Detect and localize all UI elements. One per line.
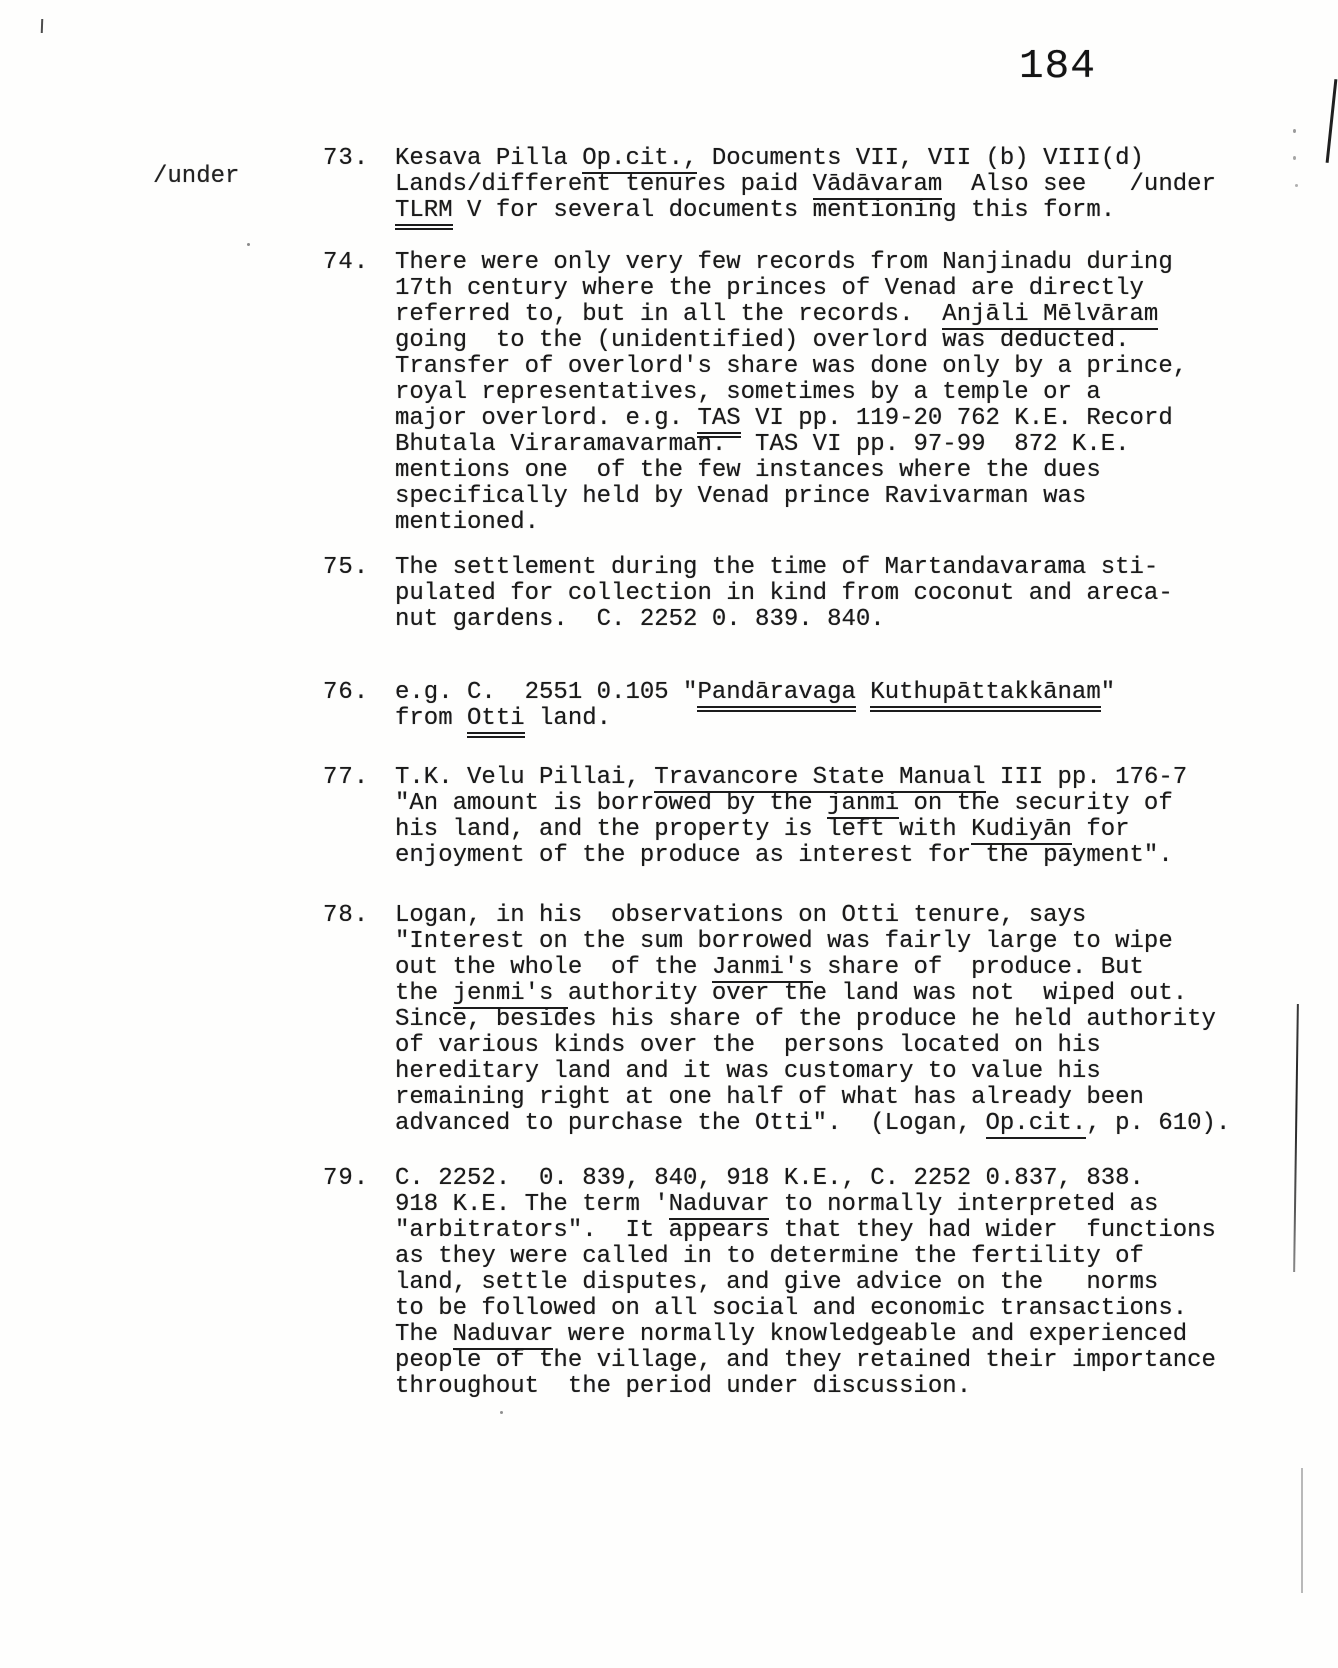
footnote-line: e.g. C. 2551 0.105 "Pandāravaga Kuthupāt… bbox=[395, 680, 1283, 706]
underlined-term: Kudiyān bbox=[971, 816, 1072, 845]
footnote-line: "An amount is borrowed by the janmi on t… bbox=[395, 791, 1283, 817]
underlined-term: TLRM bbox=[395, 197, 453, 230]
underlined-term: janmi bbox=[827, 790, 899, 819]
scan-artifact-line-bottom-right bbox=[1301, 1468, 1303, 1593]
footnote-line: C. 2252. 0. 839, 840, 918 K.E., C. 2252 … bbox=[395, 1166, 1283, 1192]
underlined-term: Op.cit., bbox=[582, 145, 697, 174]
scan-artifact-dot bbox=[500, 1411, 503, 1414]
footnotes: 73.Kesava Pilla Op.cit., Documents VII, … bbox=[323, 146, 1283, 1400]
footnote-line: Bhutala Viraramavarman. TAS VI pp. 97-99… bbox=[395, 432, 1283, 458]
footnote-line: as they were called in to determine the … bbox=[395, 1244, 1283, 1270]
underlined-term: Naduvar bbox=[669, 1191, 770, 1220]
underlined-term: jenmi's bbox=[453, 980, 568, 1009]
footnote-number: 77. bbox=[323, 765, 395, 791]
footnote-73: 73.Kesava Pilla Op.cit., Documents VII, … bbox=[323, 146, 1283, 224]
footnote-line: out the whole of the Janmi's share of pr… bbox=[395, 955, 1283, 981]
footnote-line: the jenmi's authority over the land was … bbox=[395, 981, 1283, 1007]
footnote-line: TLRM V for several documents mentioning … bbox=[395, 198, 1283, 224]
footnote-line: enjoyment of the produce as interest for… bbox=[395, 843, 1283, 869]
footnote-line: 918 K.E. The term 'Naduvar to normally i… bbox=[395, 1192, 1283, 1218]
footnote-number: 79. bbox=[323, 1166, 395, 1192]
footnote-line: T.K. Velu Pillai, Travancore State Manua… bbox=[395, 765, 1283, 791]
footnote-line: his land, and the property is left with … bbox=[395, 817, 1283, 843]
footnote-body: Logan, in his observations on Otti tenur… bbox=[395, 903, 1283, 1137]
footnote-line: throughout the period under discussion. bbox=[395, 1374, 1283, 1400]
footnote-line: specifically held by Venad prince Raviva… bbox=[395, 484, 1283, 510]
footnote-line: hereditary land and it was customary to … bbox=[395, 1059, 1283, 1085]
footnote-line: mentioned. bbox=[395, 510, 1283, 536]
underlined-term: Otti bbox=[467, 705, 525, 738]
footnote-number: 73. bbox=[323, 146, 395, 172]
footnote-number: 76. bbox=[323, 680, 395, 706]
scan-artifact-line-mid-right bbox=[1293, 1004, 1299, 1272]
scan-artifact-dot bbox=[247, 243, 250, 246]
footnote-line: mentions one of the few instances where … bbox=[395, 458, 1283, 484]
footnote-body: The settlement during the time of Martan… bbox=[395, 555, 1283, 633]
underlined-term: Vādāvaram bbox=[813, 171, 943, 200]
footnote-line: to be followed on all social and economi… bbox=[395, 1296, 1283, 1322]
footnote-line: Transfer of overlord's share was done on… bbox=[395, 354, 1283, 380]
footnote-75: 75.The settlement during the time of Mar… bbox=[323, 555, 1283, 633]
page-number: 184 bbox=[1019, 47, 1096, 88]
footnote-body: C. 2252. 0. 839, 840, 918 K.E., C. 2252 … bbox=[395, 1166, 1283, 1400]
footnote-line: pulated for collection in kind from coco… bbox=[395, 581, 1283, 607]
footnote-77: 77.T.K. Velu Pillai, Travancore State Ma… bbox=[323, 765, 1283, 869]
margin-annotation-left: /under bbox=[153, 164, 239, 190]
scanned-document-page: 184 /under 73.Kesava Pilla Op.cit., Docu… bbox=[0, 0, 1338, 1668]
footnote-line: remaining right at one half of what has … bbox=[395, 1085, 1283, 1111]
footnote-line: advanced to purchase the Otti". (Logan, … bbox=[395, 1111, 1283, 1137]
scan-artifact-dot bbox=[1293, 156, 1296, 160]
footnote-line: "arbitrators". It appears that they had … bbox=[395, 1218, 1283, 1244]
underlined-term: Pandāravaga bbox=[697, 679, 855, 712]
footnote-number: 75. bbox=[323, 555, 395, 581]
scan-artifact-dot bbox=[1295, 184, 1298, 187]
footnote-line: 17th century where the princes of Venad … bbox=[395, 276, 1283, 302]
footnote-line: land, settle disputes, and give advice o… bbox=[395, 1270, 1283, 1296]
footnote-line: Lands/different tenures paid Vādāvaram A… bbox=[395, 172, 1283, 198]
footnote-line: The settlement during the time of Martan… bbox=[395, 555, 1283, 581]
footnote-line: nut gardens. C. 2252 0. 839. 840. bbox=[395, 607, 1283, 633]
footnote-line: There were only very few records from Na… bbox=[395, 250, 1283, 276]
footnote-line: referred to, but in all the records. Anj… bbox=[395, 302, 1283, 328]
footnote-line: royal representatives, sometimes by a te… bbox=[395, 380, 1283, 406]
footnote-line: Kesava Pilla Op.cit., Documents VII, VII… bbox=[395, 146, 1283, 172]
footnote-line: "Interest on the sum borrowed was fairly… bbox=[395, 929, 1283, 955]
footnote-line: Logan, in his observations on Otti tenur… bbox=[395, 903, 1283, 929]
footnote-line: major overlord. e.g. TAS VI pp. 119-20 7… bbox=[395, 406, 1283, 432]
underlined-term: Travancore State Manual bbox=[654, 764, 985, 793]
footnote-line: The Naduvar were normally knowledgeable … bbox=[395, 1322, 1283, 1348]
footnote-line: of various kinds over the persons locate… bbox=[395, 1033, 1283, 1059]
scan-artifact-tick bbox=[41, 19, 43, 33]
underlined-term: Anjāli Mēlvāram bbox=[942, 301, 1158, 330]
footnote-78: 78.Logan, in his observations on Otti te… bbox=[323, 903, 1283, 1137]
footnote-body: There were only very few records from Na… bbox=[395, 250, 1283, 536]
footnote-body: Kesava Pilla Op.cit., Documents VII, VII… bbox=[395, 146, 1283, 224]
underlined-term: Naduvar bbox=[453, 1321, 554, 1350]
footnote-line: Since, besides his share of the produce … bbox=[395, 1007, 1283, 1033]
scan-artifact-line-top-right bbox=[1326, 79, 1338, 163]
underlined-term: Op.cit. bbox=[986, 1110, 1087, 1139]
footnote-line: people of the village, and they retained… bbox=[395, 1348, 1283, 1374]
underlined-term: Janmi's bbox=[712, 954, 813, 983]
footnote-number: 74. bbox=[323, 250, 395, 276]
footnote-79: 79.C. 2252. 0. 839, 840, 918 K.E., C. 22… bbox=[323, 1166, 1283, 1400]
footnote-body: e.g. C. 2551 0.105 "Pandāravaga Kuthupāt… bbox=[395, 680, 1283, 732]
footnote-number: 78. bbox=[323, 903, 395, 929]
footnote-body: T.K. Velu Pillai, Travancore State Manua… bbox=[395, 765, 1283, 869]
footnote-76: 76.e.g. C. 2551 0.105 "Pandāravaga Kuthu… bbox=[323, 680, 1283, 732]
footnote-74: 74.There were only very few records from… bbox=[323, 250, 1283, 536]
scan-artifact-dot bbox=[1293, 129, 1296, 133]
underlined-term: Kuthupāttakkānam bbox=[870, 679, 1100, 712]
footnote-line: going to the (unidentified) overlord was… bbox=[395, 328, 1283, 354]
